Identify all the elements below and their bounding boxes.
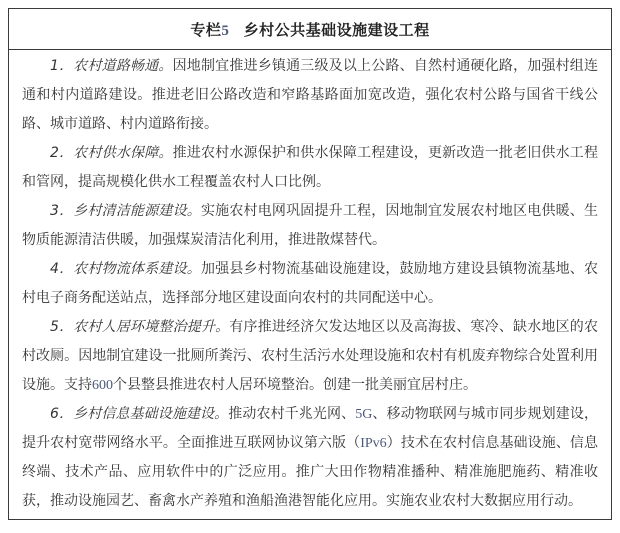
paragraph-text: 个县整县推进农村人居环境整治。创建一批美丽宜居村庄。 [113,377,477,393]
document-page: 专栏5乡村公共基础设施建设工程 1．农村道路畅通。因地制宜推进乡镇通三级及以上公… [0,0,620,533]
paragraph: 4．农村物流体系建设。加强县乡村物流基础设施建设，鼓励地方建设县镇物流基地、农村… [22,255,598,313]
paragraph-lead: 6．乡村信息基础设施建设。 [50,406,228,422]
paragraph-lead: 5．农村人居环境整治提升。 [50,319,229,335]
paragraph: 1．农村道路畅通。因地制宜推进乡镇通三级及以上公路、自然村通硬化路，加强村组连通… [22,52,598,139]
panel-title-text: 乡村公共基础设施建设工程 [244,21,430,39]
column-panel: 专栏5乡村公共基础设施建设工程 1．农村道路畅通。因地制宜推进乡镇通三级及以上公… [8,8,612,520]
paragraph-lead: 3．乡村清洁能源建设。 [50,203,201,219]
paragraph-number-value: 600 [92,378,113,393]
panel-title-number: 5 [221,23,229,39]
panel-title: 专栏5乡村公共基础设施建设工程 [190,19,429,40]
paragraph: 3．乡村清洁能源建设。实施农村电网巩固提升工程，因地制宜发展农村地区电供暖、生物… [22,197,598,255]
paragraph-lead: 2．农村供水保障。 [50,145,173,161]
panel-body: 1．农村道路畅通。因地制宜推进乡镇通三级及以上公路、自然村通硬化路，加强村组连通… [8,50,612,520]
paragraph-number-value: 5G [355,407,372,422]
panel-title-prefix: 专栏 [190,21,221,39]
paragraph-lead: 1．农村道路畅通。 [50,58,173,74]
paragraph: 2．农村供水保障。推进农村水源保护和供水保障工程建设，更新改造一批老旧供水工程和… [22,139,598,197]
paragraph-number-value: IPv6 [360,436,386,451]
paragraph-text: 推动农村千兆光网、 [228,406,355,422]
paragraph: 5．农村人居环境整治提升。有序推进经济欠发达地区以及高海拔、寒冷、缺水地区的农村… [22,313,598,400]
panel-title-bar: 专栏5乡村公共基础设施建设工程 [8,8,612,50]
paragraph-lead: 4．农村物流体系建设。 [50,261,201,277]
paragraph: 6．乡村信息基础设施建设。推动农村千兆光网、5G、移动物联网与城市同步规划建设，… [22,400,598,516]
